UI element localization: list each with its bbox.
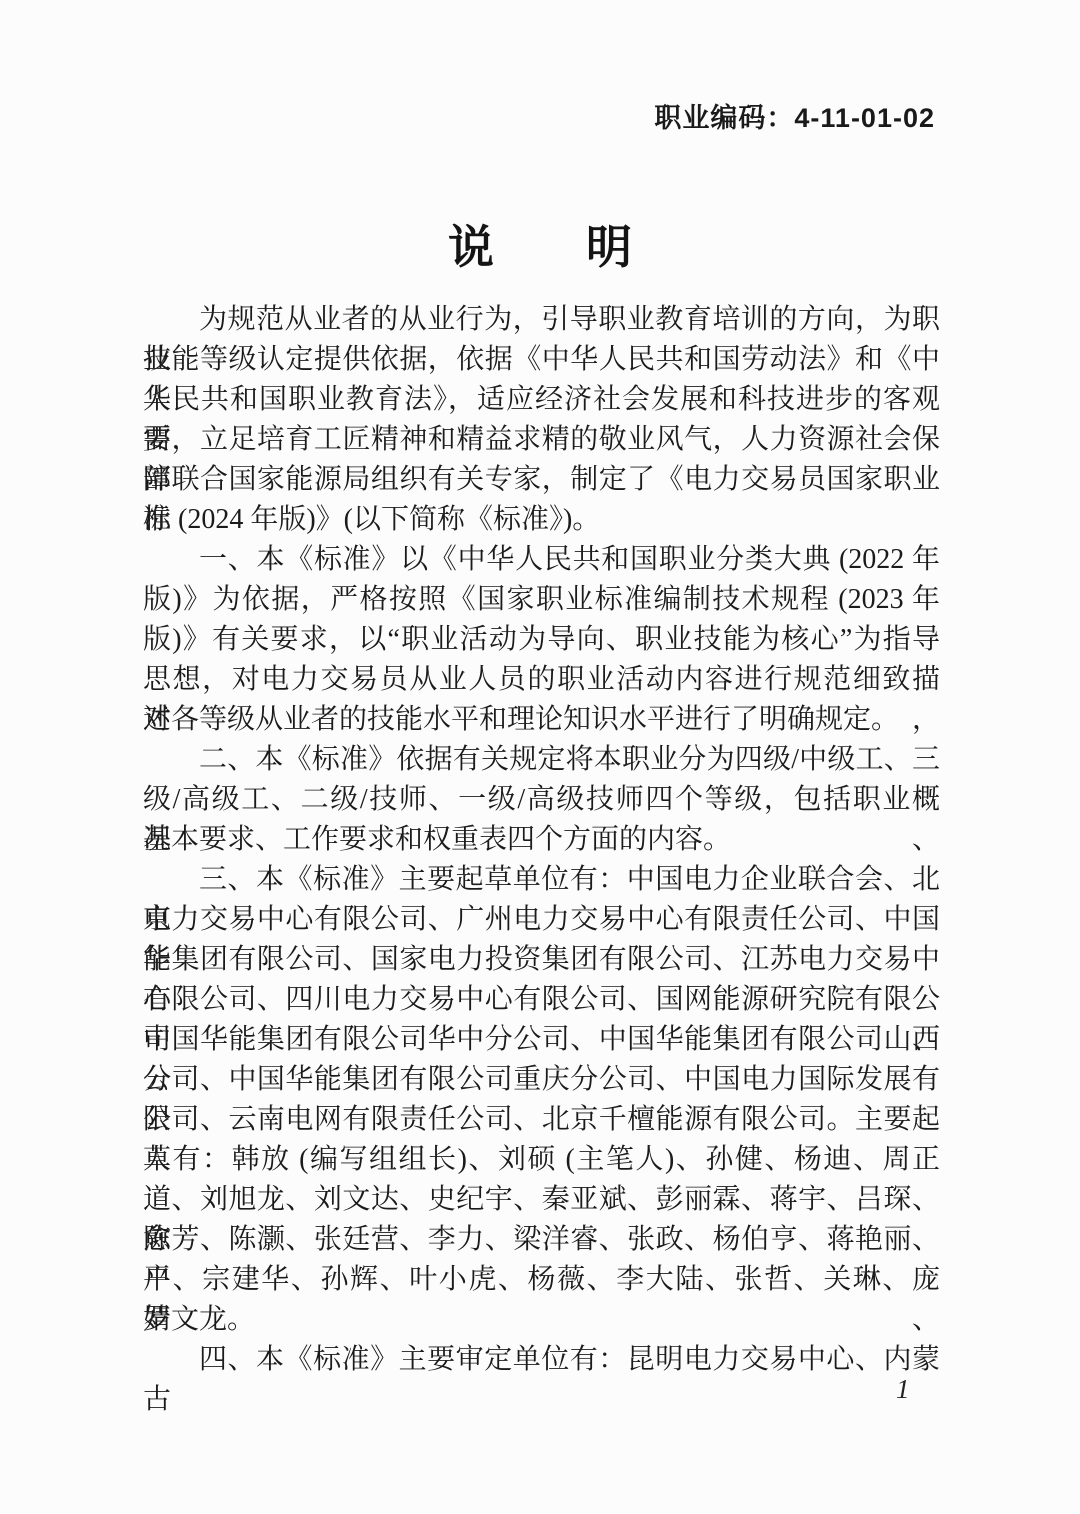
text-line: 版)》有关要求，以“职业活动为导向、职业技能为核心”为指导 bbox=[143, 620, 940, 660]
text-line: 电力交易中心有限公司、广州电力交易中心有限责任公司、中国华 bbox=[143, 900, 940, 940]
text-line: 人民共和国职业教育法》，适应经济社会发展和科技进步的客观需 bbox=[143, 380, 940, 420]
text-line: 对各等级从业者的技能水平和理论知识水平进行了明确规定。 bbox=[143, 700, 940, 740]
text-line: 一、本《标准》以《中华人民共和国职业分类大典 (2022 年 bbox=[143, 540, 940, 580]
text-line: 技能等级认定提供依据，依据《中华人民共和国劳动法》和《中华 bbox=[143, 340, 940, 380]
document-page: 职业编码：4-11-01-02 说 明 为规范从业者的从业行为，引导职业教育培训… bbox=[0, 0, 1080, 1514]
text-line: 公司、中国华能集团有限公司重庆分公司、中国电力国际发展有限 bbox=[143, 1060, 940, 1100]
text-line: 公司、云南电网有限责任公司、北京千檀能源有限公司。主要起草 bbox=[143, 1100, 940, 1140]
text-line: 愈芳、陈灏、张廷营、李力、梁洋睿、张政、杨伯亨、蒋艳丽、户 bbox=[143, 1220, 940, 1260]
text-line: 版)》为依据，严格按照《国家职业标准编制技术规程 (2023 年 bbox=[143, 580, 940, 620]
text-line: 有限公司、四川电力交易中心有限公司、国网能源研究院有限公司、 bbox=[143, 980, 940, 1020]
text-line: 道、刘旭龙、刘文达、史纪宇、秦亚斌、彭丽霖、蒋宇、吕琛、陈 bbox=[143, 1180, 940, 1220]
text-line: 为规范从业者的从业行为，引导职业教育培训的方向，为职业 bbox=[143, 300, 940, 340]
page-number: 1 bbox=[896, 1374, 910, 1405]
text-line: 要，立足培育工匠精神和精益求精的敬业风气，人力资源社会保障 bbox=[143, 420, 940, 460]
text-line: 四、本《标准》主要审定单位有：昆明电力交易中心、内蒙古 bbox=[143, 1340, 940, 1380]
text-line: 人有：韩放 (编写组组长)、刘硕 (主笔人)、孙健、杨迪、周正 bbox=[143, 1140, 940, 1180]
text-line: 能集团有限公司、国家电力投资集团有限公司、江苏电力交易中心 bbox=[143, 940, 940, 980]
body-text: 为规范从业者的从业行为，引导职业教育培训的方向，为职业 技能等级认定提供依据，依… bbox=[143, 300, 940, 1380]
page-title: 说 明 bbox=[0, 211, 1080, 277]
text-line: 级/高级工、二级/技师、一级/高级技师四个等级，包括职业概况、 bbox=[143, 780, 940, 820]
text-line: 中国华能集团有限公司华中分公司、中国华能集团有限公司山西分 bbox=[143, 1020, 940, 1060]
text-line: 平、宗建华、孙辉、叶小虎、杨薇、李大陆、张哲、关琳、庞婧、 bbox=[143, 1260, 940, 1300]
occupation-code: 职业编码：4-11-01-02 bbox=[654, 96, 935, 135]
text-line: 准 (2024 年版)》(以下简称《标准》)。 bbox=[143, 500, 940, 540]
text-line: 三、本《标准》主要起草单位有：中国电力企业联合会、北京 bbox=[143, 860, 940, 900]
text-line: 部联合国家能源局组织有关专家，制定了《电力交易员国家职业标 bbox=[143, 460, 940, 500]
text-line: 思想，对电力交易员从业人员的职业活动内容进行规范细致描述， bbox=[143, 660, 940, 700]
text-line: 二、本《标准》依据有关规定将本职业分为四级/中级工、三 bbox=[143, 740, 940, 780]
